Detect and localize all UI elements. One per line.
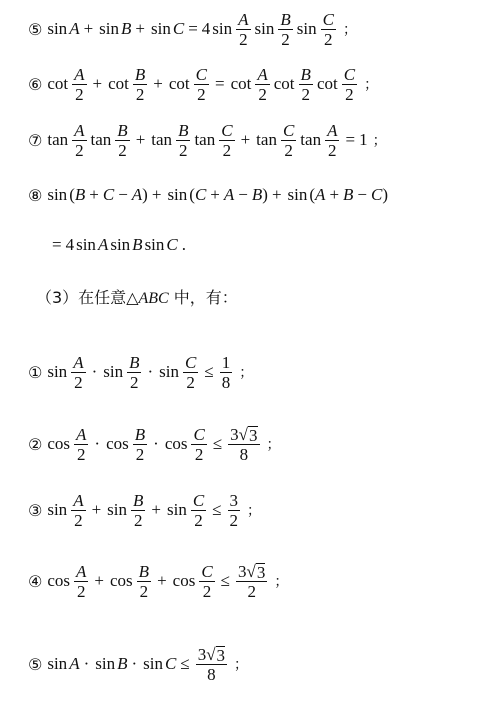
fraction: 3√38 (196, 645, 227, 684)
circled-number: ⑤ (28, 20, 42, 39)
fraction: C2 (191, 491, 206, 530)
circled-number: ⑧ (28, 186, 42, 205)
fraction: A2 (72, 65, 86, 104)
circled-number: ④ (28, 572, 42, 591)
section-heading: （3）在任意△ABC 中，有： (36, 285, 238, 308)
identity-8: ⑧ sin(B+C−A) + sin(C+A−B) + sin(A+B−C) (28, 175, 388, 215)
fraction: B2 (137, 562, 151, 601)
fraction: A2 (74, 425, 88, 464)
fraction: A2 (236, 10, 250, 49)
fraction: A2 (74, 562, 88, 601)
fraction: C2 (191, 425, 206, 464)
fraction: B2 (115, 121, 129, 160)
fraction: B2 (278, 10, 292, 49)
fraction: 18 (220, 353, 233, 392)
fraction: C2 (194, 65, 209, 104)
circled-number: ③ (28, 501, 42, 520)
inequality-5: ⑤ sin A · sin B · sin C ≤ 3√38 ； (28, 644, 248, 684)
circled-number: ① (28, 363, 42, 382)
fraction: A2 (325, 121, 339, 160)
fraction: C2 (219, 121, 234, 160)
circled-number: ② (28, 435, 42, 454)
fraction: A2 (255, 65, 269, 104)
fraction: B2 (299, 65, 313, 104)
fraction: C2 (342, 65, 357, 104)
fraction: C2 (183, 353, 198, 392)
inequality-2: ② cos A2 · cos B2 · cos C2 ≤ 3√38 ； (28, 424, 281, 464)
fraction: A2 (71, 491, 85, 530)
identity-5: ⑤ sin A + sin B + sin C = 4 sin A2 sin B… (28, 9, 357, 49)
fraction: B2 (133, 65, 147, 104)
identity-6: ⑥ cot A2 + cot B2 + cot C2 = cot A2 cot … (28, 64, 378, 104)
fraction: A2 (72, 121, 86, 160)
inequality-3: ③ sin A2 + sin B2 + sin C2 ≤ 32 ； (28, 490, 261, 530)
fraction: B2 (131, 491, 145, 530)
identity-7: ⑦ tan A2 tan B2 + tan B2 tan C2 + tan C2… (28, 120, 387, 160)
fraction: C2 (321, 10, 336, 49)
fraction: B2 (127, 353, 141, 392)
circled-number: ⑤ (28, 655, 42, 674)
circled-number: ⑥ (28, 75, 42, 94)
fraction: C2 (281, 121, 296, 160)
inequality-1: ① sin A2 · sin B2 · sin C2 ≤ 18 ； (28, 352, 253, 392)
fraction: 3√32 (236, 562, 267, 601)
identity-8-continuation: = 4 sinA sinB sinC . (48, 225, 186, 265)
fraction: B2 (133, 425, 147, 464)
fraction: B2 (176, 121, 190, 160)
fraction: 32 (228, 491, 241, 530)
fraction: 3√38 (228, 425, 259, 464)
fraction: C2 (199, 562, 214, 601)
circled-number: ⑦ (28, 131, 42, 150)
fraction: A2 (71, 353, 85, 392)
inequality-4: ④ cos A2 + cos B2 + cos C2 ≤ 3√32 ； (28, 561, 288, 601)
